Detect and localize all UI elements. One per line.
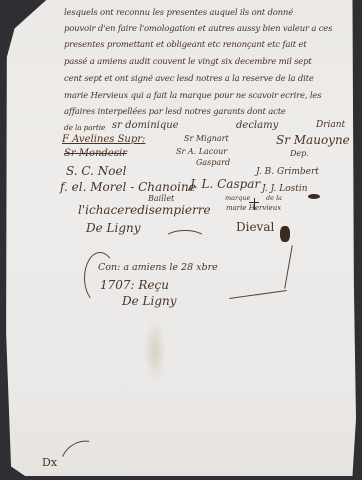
- signature-morel-chanoine: f. el. Morel - Chanoine: [60, 180, 196, 194]
- body-line-3: presentes promettant et obligeant etc re…: [64, 40, 306, 50]
- signature-declamy: declamy: [236, 120, 278, 131]
- signature-caspar: J. L. Caspar: [190, 177, 260, 191]
- body-line-6: marie Hervieux qui a fait la marque pour…: [64, 91, 321, 101]
- notary-signature-de-ligny: De Ligny: [86, 221, 141, 235]
- signature-lacour: Sr A. Lacour: [176, 147, 227, 156]
- ink-blot-dieval: [280, 226, 290, 242]
- body-line-4: passé a amiens audit couvent le vingt si…: [64, 57, 312, 67]
- control-line-2: 1707: Reçu: [100, 278, 169, 292]
- signature-baillet: Baillet: [148, 194, 174, 203]
- signature-lichacere: l'ichaceredisempierre: [78, 203, 211, 217]
- signature-grimbert: J. B. Grimbert: [256, 167, 319, 177]
- bottom-flourish: [55, 434, 107, 480]
- margin-mark: [21, 8, 33, 17]
- signature-mondesir: Sr Mondesir: [64, 148, 127, 159]
- cross-mark: [254, 198, 255, 210]
- body-line-7: affaires interpellées par lesd notres ga…: [64, 107, 286, 117]
- manuscript-page: lesquels ont reconnu les presentes auque…: [4, 0, 356, 476]
- mark-label: marque: [225, 194, 250, 202]
- signature-driant: Driant: [316, 120, 345, 130]
- ink-blot: [308, 194, 320, 199]
- bottom-mark: Dx: [42, 456, 57, 469]
- signature-mignart: Sr Mignart: [184, 134, 229, 143]
- signature-gaspard: Gaspard: [196, 158, 230, 167]
- notary-signature-de-ligny-2: De Ligny: [122, 294, 177, 308]
- body-line-8: de la partie: [64, 123, 105, 132]
- control-line-1: Con: a amiens le 28 xbre: [98, 262, 218, 273]
- cross-mark-bar: [249, 202, 259, 203]
- signature-avelines: F Avelines Supr:: [62, 134, 145, 145]
- mark-label-dela: de la: [266, 194, 282, 202]
- body-line-5: cent sept et ont signé avec lesd notres …: [64, 74, 314, 84]
- paraph-flourish: [164, 230, 206, 248]
- signature-dominique: sr dominique: [112, 120, 179, 131]
- signature-lostin: J. J. Lostin: [262, 184, 308, 194]
- signature-mauoyne: Sr Mauoyne: [276, 133, 350, 147]
- paraph-line: [229, 290, 287, 299]
- signature-dep: Dep.: [290, 149, 309, 158]
- body-line-1: lesquels ont reconnu les presentes auque…: [64, 8, 293, 18]
- paper-stain: [144, 318, 166, 383]
- paraph-stroke: [284, 245, 293, 289]
- notary-signature-dieval: Dieval: [236, 220, 274, 234]
- body-line-2: pouvoir d'en faire l'omologation et autr…: [64, 24, 332, 34]
- signature-noel: S. C. Noel: [66, 164, 126, 178]
